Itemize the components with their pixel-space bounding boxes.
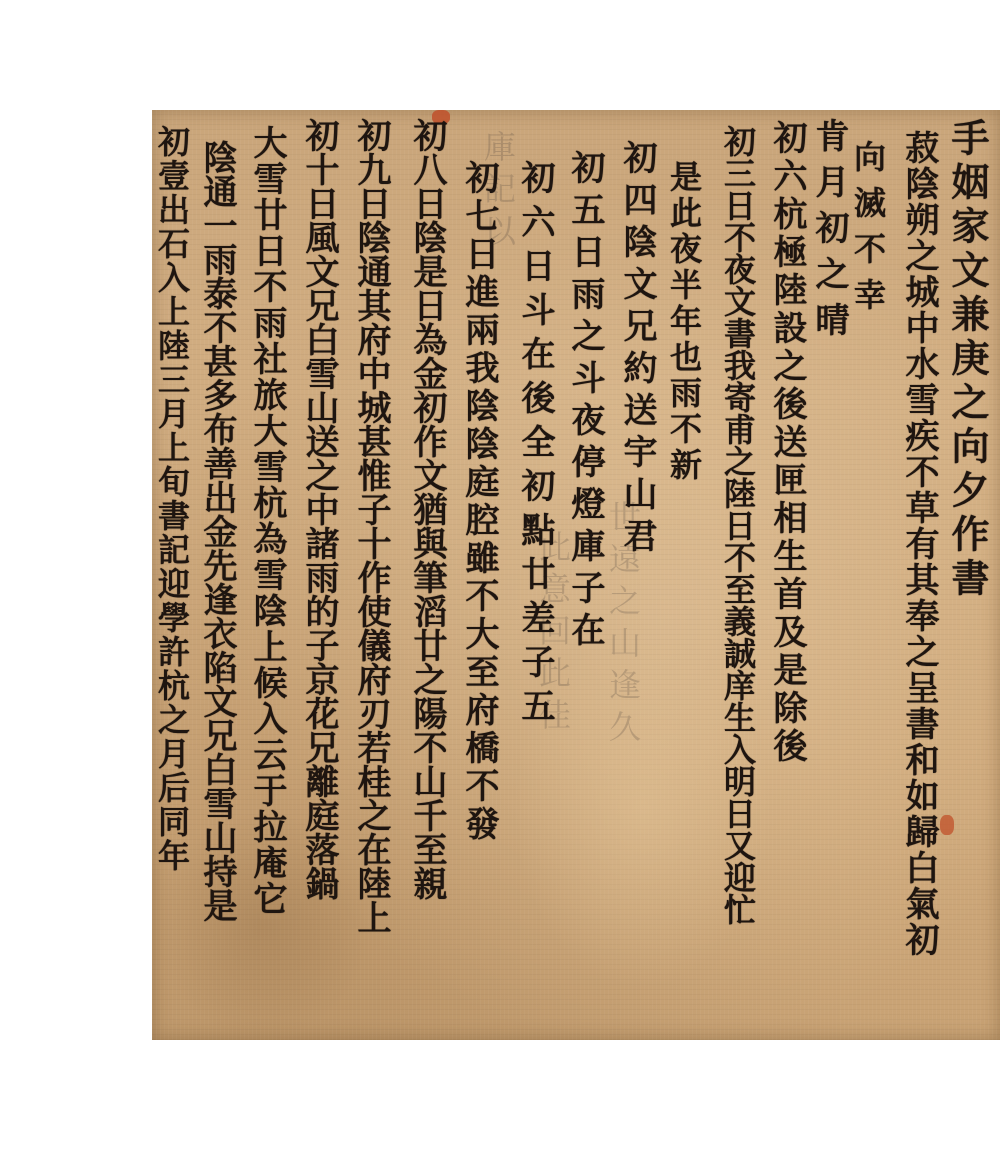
text-column-5: 初六杭極陸設之後送匣相生首及是除後	[770, 120, 804, 766]
red-seal-mark	[940, 815, 954, 835]
text-column-1: 手姻家文兼庚之向夕作書	[948, 118, 986, 602]
text-column-15: 大雪廿日不雨社旅大雪杭為雪陰上候入云于拉庵它	[250, 125, 284, 917]
text-column-10: 初六日斗在後全初點廿差子五	[518, 160, 552, 732]
text-column-17: 初壹出石入上陸三月上旬書記迎學許杭之月后同年	[156, 125, 188, 873]
text-column-16: 陰通一雨泰不甚多布善出金先逢衣陷文兄白雪山持是	[200, 140, 234, 922]
bleed-through-writing: 世遠之山逢久	[607, 500, 639, 1000]
text-column-8: 初四陰文兄約送宇山君	[620, 140, 654, 560]
text-column-14: 初十日風文兄白雪山送之中諸雨的子京花兄離庭落鍋	[302, 118, 336, 900]
text-column-4: 肯月初之晴	[812, 118, 846, 348]
text-column-13: 初九日陰通其府中城甚惟子十作使儀府刃若桂之在陸上	[354, 118, 388, 934]
text-column-3: 向滅不幸	[852, 140, 884, 324]
text-column-2: 菽陰朔之城中水雪疾不草有其奉之呈書和如歸白氣初	[902, 130, 936, 958]
text-column-9: 初五日雨之斗夜停燈庫子在	[568, 150, 602, 654]
text-column-7: 是此夜半年也雨不新	[668, 160, 700, 484]
text-column-11: 初七日進兩我陰陰庭腔雖不大至府橋不發	[462, 160, 496, 844]
text-column-6: 初三日不夜文書我寄甫之陸日不至義誠庠生入明日又迎忙	[722, 125, 754, 925]
text-column-12: 初八日陰是日為金初作文猶與筆滔廿之陽不山千至親	[410, 118, 444, 900]
